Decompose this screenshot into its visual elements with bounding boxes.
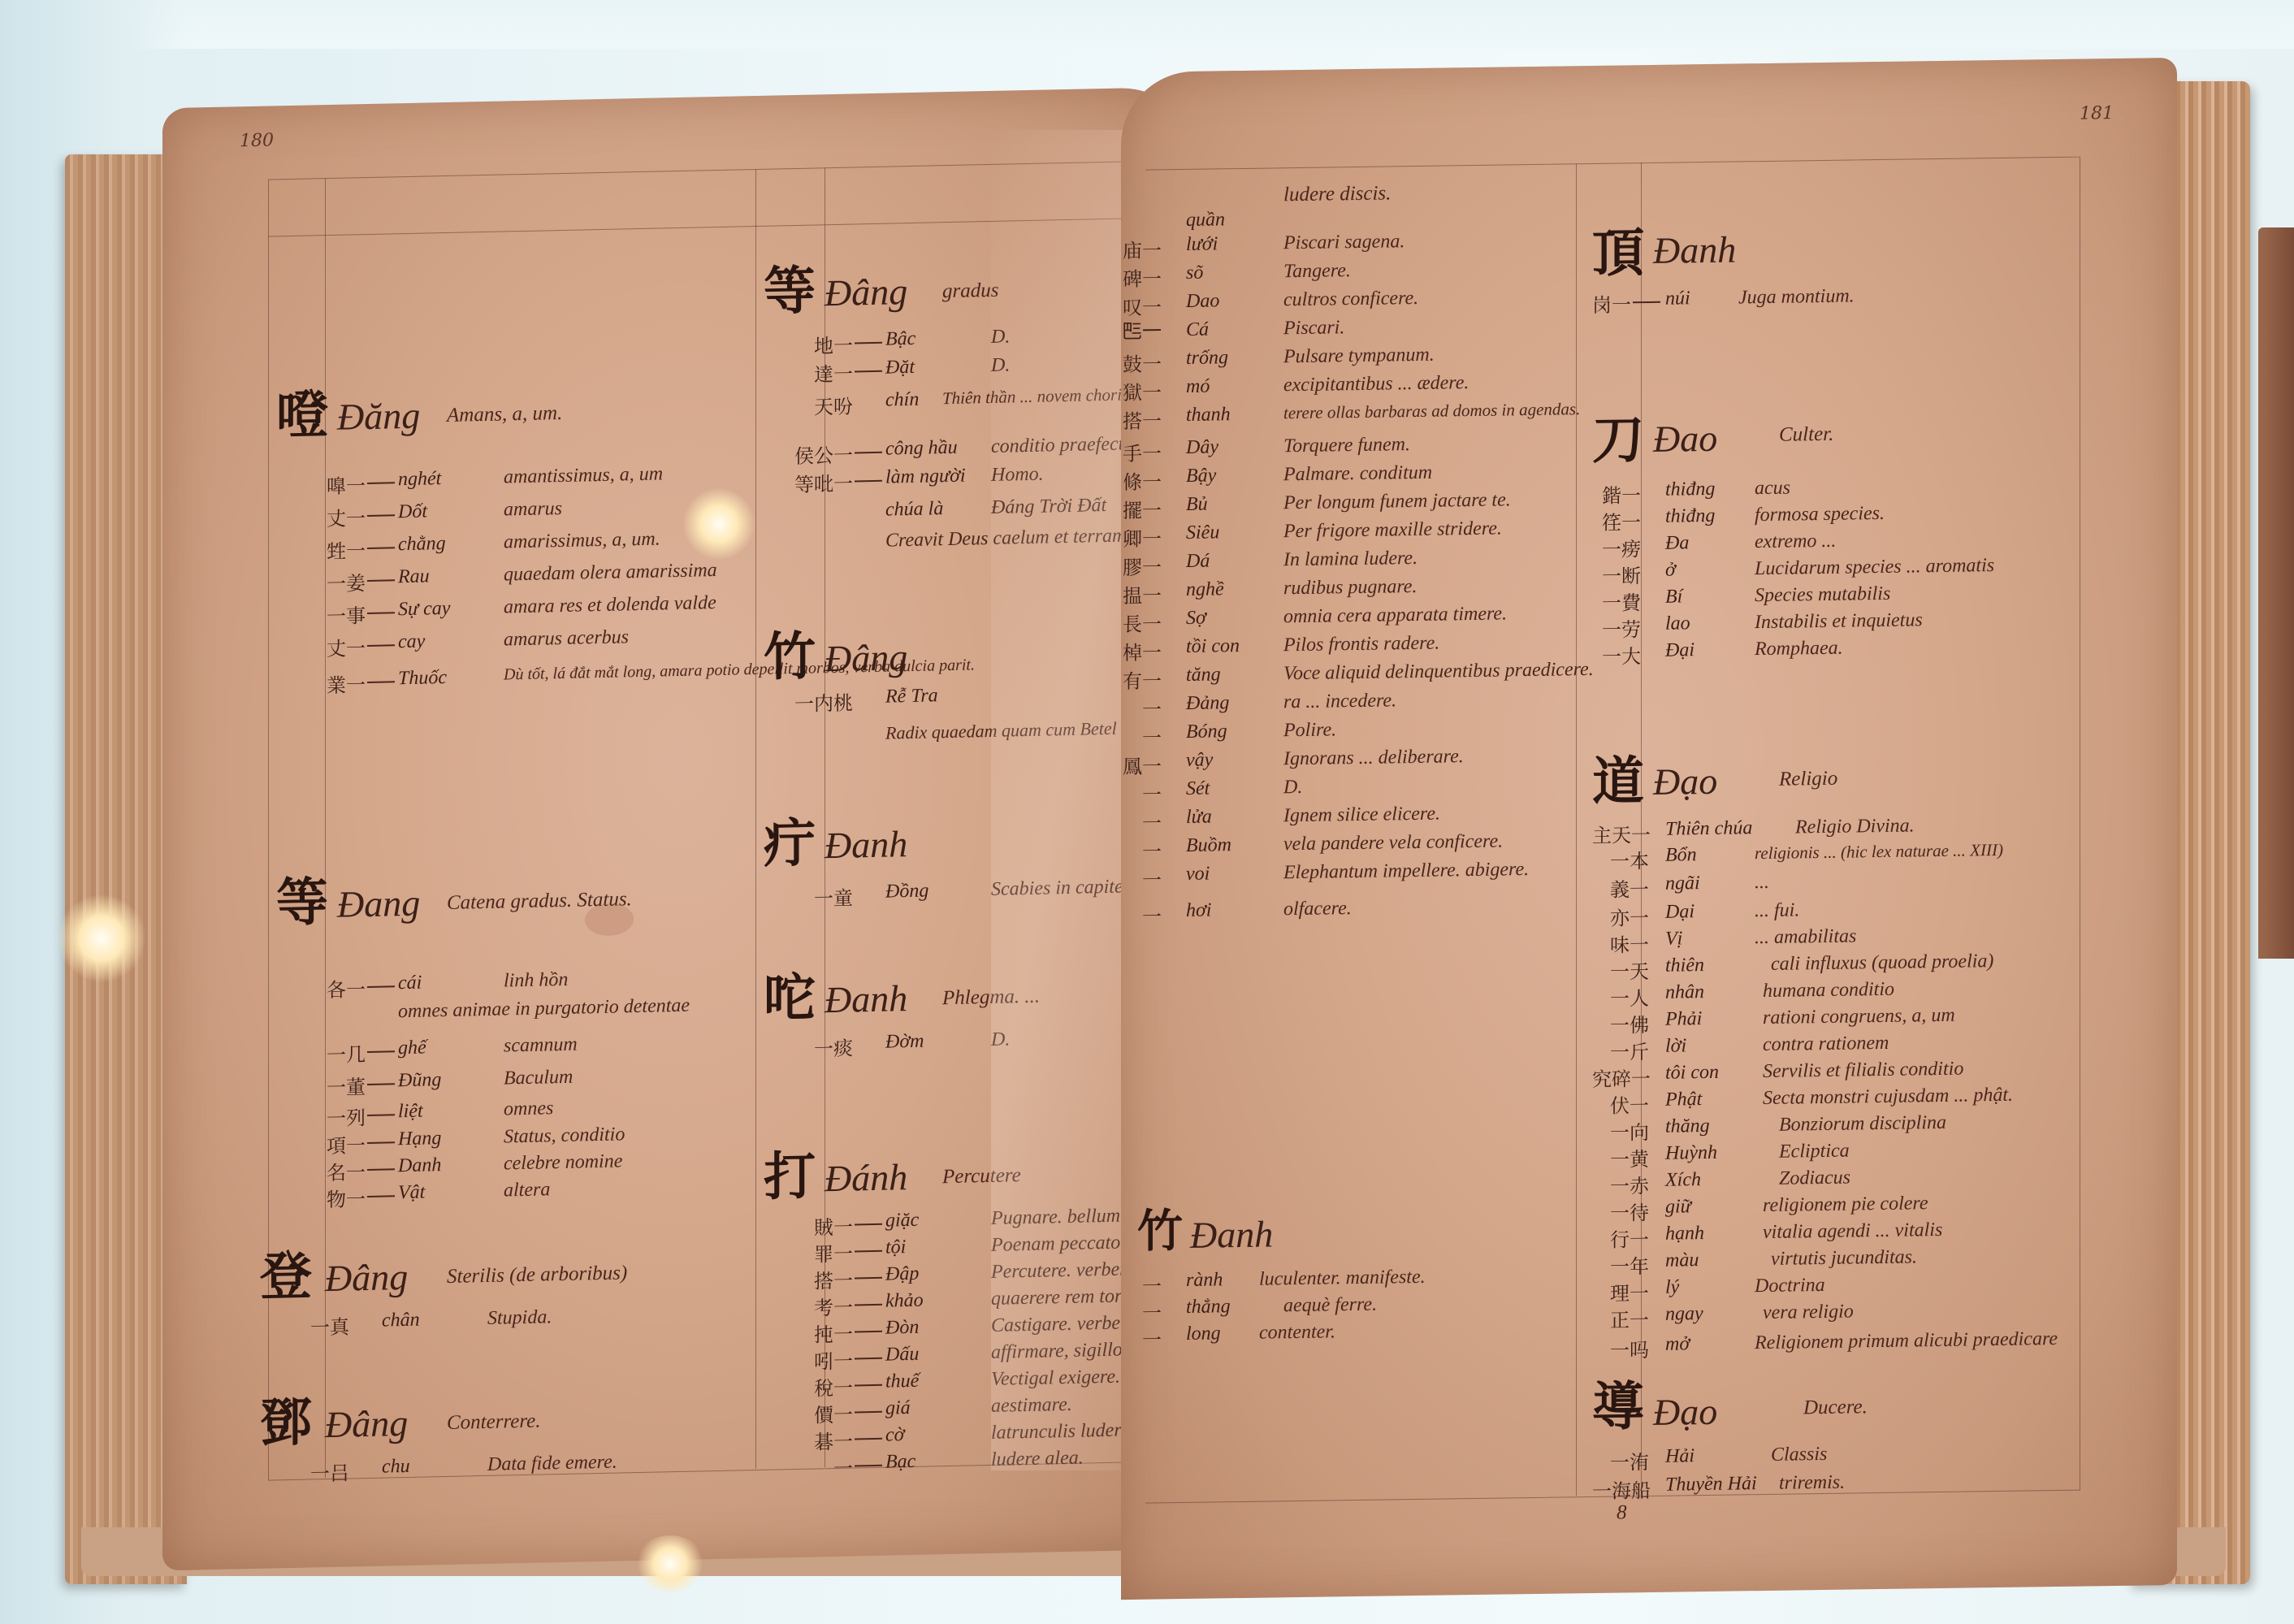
sub-latin: Tangere. (1283, 260, 1351, 283)
sub-cjk: 獄一 (1121, 376, 1162, 405)
page-number: 180 (240, 130, 274, 151)
sub-latin: amarus acerbus (504, 626, 629, 651)
sub-cjk: 價一 (764, 1398, 853, 1428)
sub-viet: tôi con (1665, 1062, 1719, 1085)
headword-character: 刀 (1592, 414, 1644, 467)
sub-cjk: 一列 (276, 1102, 366, 1132)
headword: Đạo (1653, 760, 1717, 803)
sub-viet: chằng (398, 533, 446, 556)
sub-viet: Đòn (885, 1317, 919, 1340)
headword-character: 竹 (764, 630, 816, 683)
sub-viet: Sợ (1186, 608, 1206, 630)
sub-cjk: 擺一 (1121, 494, 1162, 523)
sub-viet: liệt (398, 1101, 423, 1124)
sub-latin: Romphaea. (1755, 638, 1843, 661)
sub-latin: Classis (1771, 1444, 1827, 1466)
sub-cjk: 考一 (764, 1291, 853, 1321)
sub-cjk: 味一 (1592, 929, 1649, 958)
sub-cjk: 條一 (1121, 466, 1162, 495)
sub-cjk: 達一 (764, 357, 853, 388)
headword-character: 竹 (1137, 1209, 1183, 1255)
gloss: Conterrere. (447, 1410, 541, 1435)
headword: Đâng (825, 270, 907, 314)
sub-cjk: 一佛 (1592, 1009, 1649, 1038)
sub-cjk: 岗一 (1592, 288, 1625, 318)
light-glare (682, 487, 755, 561)
sub-cjk: 一 (1121, 721, 1162, 751)
headword-character: 咜 (764, 972, 816, 1024)
sub-viet: Bổn (1665, 844, 1697, 867)
sub-cjk: 手一 (1121, 437, 1162, 466)
headword: Đao (1653, 417, 1717, 461)
sub-latin: vitalia agendi ... vitalis (1763, 1219, 1942, 1244)
sub-cjk: 一人 (1592, 982, 1649, 1011)
sub-viet: Buồm (1186, 834, 1231, 857)
sub-cjk: 一年 (1592, 1250, 1649, 1280)
sub-cjk: 一赤 (1592, 1170, 1649, 1199)
sub-latin: vela pandere vela conficere. (1283, 831, 1503, 856)
sub-cjk: 一 (1121, 1323, 1162, 1353)
light-glare (634, 1535, 707, 1592)
sub-cjk: 一真 (260, 1310, 349, 1340)
sub-cjk: 一 (1121, 1297, 1162, 1326)
sub-latin: Pulsare tympanum. (1283, 344, 1435, 369)
sub-latin: Elephantum impellere. abigere. (1283, 859, 1529, 884)
sub-viet: Đặt (885, 357, 915, 379)
sub-latin: Data fide emere. (487, 1452, 617, 1476)
sub-latin: aequè ferre. (1283, 1294, 1377, 1318)
sub-latin: Religio Divina. (1795, 815, 1915, 838)
sub-cjk: 一大 (1592, 640, 1641, 669)
sub-cjk: 一董 (276, 1071, 366, 1101)
sub-latin: Lucidarum species ... aromatis (1755, 555, 1994, 580)
sub-viet: Huỳnh (1665, 1142, 1717, 1165)
headword: Đâng (325, 1401, 408, 1446)
sub-viet: Thuyền Hải (1665, 1473, 1757, 1496)
sub-latin: amara res et dolenda valde (504, 592, 716, 618)
sub-viet: mó (1186, 376, 1210, 398)
headword: Đâng (825, 635, 907, 680)
sub-latin: formosa species. (1755, 503, 1885, 526)
sub-latin: Voce aliquid delinquentibus praedicere. (1283, 659, 1594, 685)
sub-latin: virtutis jucunditas. (1771, 1246, 1917, 1271)
sub-latin: Zodiacus (1779, 1167, 1850, 1190)
right-page: 181 ludere discis. quần 庙一lướiPiscari sa… (1121, 58, 2177, 1600)
sub-viet: quần (1186, 209, 1225, 232)
sub-viet: Xích (1665, 1169, 1701, 1192)
sub-latin: contenter. (1259, 1321, 1335, 1344)
sub-cjk: 侯公一 (764, 439, 853, 469)
gloss: Ducere. (1803, 1396, 1868, 1419)
sub-viet: chân (382, 1310, 420, 1332)
sub-viet: ghế (398, 1037, 426, 1060)
sub-viet: sõ (1186, 262, 1203, 284)
sub-cjk: 天吩 (764, 390, 853, 420)
adjacent-book-spine (2258, 227, 2294, 959)
sub-latin: ... fui. (1755, 899, 1799, 922)
sub-cjk: 一 (1121, 864, 1162, 893)
sub-viet: cờ (885, 1424, 904, 1446)
sub-viet: Bóng (1186, 721, 1227, 743)
gloss: Amans, a, um. (447, 402, 562, 427)
sub-viet: lửa (1186, 807, 1212, 829)
sub-viet: lý (1665, 1276, 1679, 1298)
sub-cjk: 各一 (276, 973, 366, 1003)
headword: Đăng (337, 394, 420, 439)
sub-cjk: 伏一 (1592, 1089, 1649, 1119)
sub-viet: Dấu (885, 1344, 919, 1366)
sub-latin: Species mutabilis (1755, 583, 1890, 607)
sub-cjk: 一向 (1592, 1116, 1649, 1145)
sub-latin: Pilos frontis radere. (1283, 633, 1439, 657)
sub-cjk: 吲一 (764, 1345, 853, 1375)
sub-latin: contra rationem (1763, 1033, 1889, 1056)
sub-cjk: 一断 (1592, 560, 1641, 589)
headword: Đanh (825, 822, 907, 867)
sub-cjk: 一 (1121, 835, 1162, 864)
sub-viet: núi (1665, 288, 1690, 310)
sub-cjk: 一事 (276, 600, 366, 630)
sub-latin: scamnum (504, 1034, 578, 1058)
sub-cjk: 地一 (764, 329, 853, 359)
sub-latin: vera religio (1763, 1301, 1854, 1324)
headword-character: 疔 (764, 817, 816, 870)
sub-cjk: 一 (1121, 807, 1162, 836)
sub-latin: humana conditio (1763, 979, 1894, 1003)
sub-latin: luculenter. manifeste. (1259, 1267, 1426, 1291)
headword-character: 等 (764, 265, 816, 318)
sub-latin: Servilis et filialis conditio (1763, 1059, 1963, 1083)
headword-character: 鄧 (260, 1397, 312, 1449)
sub-latin: olfacere. (1283, 898, 1352, 920)
sub-latin: acus (1755, 478, 1790, 500)
sub-viet: Hải (1665, 1445, 1695, 1468)
sub-cjk: 正一 (1592, 1304, 1649, 1333)
sub-viet: Thiên chúa (1665, 817, 1752, 840)
sub-viet: Bí (1665, 586, 1682, 608)
sub-cjk: 䇮一 (1592, 506, 1641, 535)
sub-latin: Ignorans ... deliberare. (1283, 746, 1464, 770)
sub-viet: Rễ Tra (885, 685, 938, 708)
headword: Đạo (1653, 1390, 1717, 1434)
sub-latin: Doctrina (1755, 1275, 1825, 1297)
sub-viet: nghét (398, 468, 441, 491)
sub-viet: khảo (885, 1290, 924, 1313)
sub-cjk: 鼓一 (1121, 348, 1162, 377)
sub-viet: thăng (1665, 1115, 1710, 1138)
sub-latin: rationi congruens, a, um (1763, 1005, 1955, 1029)
sub-latin: Baculum (504, 1067, 573, 1090)
sub-latin: cali influxus (quoad proelia) (1771, 951, 1993, 976)
sub-latin: Bonziorum disciplina (1779, 1112, 1946, 1137)
sub-viet: tồi con (1186, 635, 1240, 658)
sub-cjk: 稅一 (764, 1371, 853, 1401)
sub-latin: Torquere funem. (1283, 434, 1410, 457)
sub-viet: Rau (398, 565, 430, 588)
sub-viet: Sự cay (398, 598, 450, 621)
sub-cjk: 主天一 (1592, 819, 1649, 848)
sub-cjk: 一 (1121, 1270, 1162, 1299)
sub-latin: religionem pie colere (1763, 1193, 1928, 1217)
sub-cjk: 一 (764, 1452, 853, 1482)
headword: Đang (337, 881, 420, 926)
sub-viet: thẳng (1186, 1296, 1231, 1319)
sub-viet: Bủ (1186, 494, 1208, 516)
sub-latin: ra ... incedere. (1283, 690, 1396, 713)
headword: Đâng (325, 1255, 408, 1300)
sub-cjk: 一痰 (764, 1032, 853, 1062)
sub-viet: Đồng (885, 881, 928, 903)
sub-cjk: 一 (1121, 778, 1162, 808)
headword: Đánh (825, 1155, 907, 1200)
headword: Đanh (1190, 1212, 1273, 1256)
sub-cjk: 𠀧一 (1121, 319, 1162, 343)
sub-cjk: 庙一 (1121, 234, 1162, 263)
sub-cjk: 甡一 (276, 535, 366, 565)
sub-cjk: 義一 (1592, 873, 1649, 903)
sub-cjk: 一待 (1592, 1197, 1649, 1226)
sub-latin: omnes (504, 1098, 553, 1120)
sub-latin: excipitantibus ... ædere. (1283, 372, 1469, 396)
sub-cjk: 一斤 (1592, 1036, 1649, 1065)
sub-latin: Per longum funem jactare te. (1283, 489, 1511, 514)
sub-cjk: 一海船 (1592, 1475, 1649, 1504)
headword-character: 頂 (1592, 227, 1644, 280)
sub-viet: rành (1186, 1269, 1223, 1292)
sub-viet: Phải (1665, 1008, 1702, 1031)
sub-cjk: 一吕 (260, 1457, 349, 1487)
sub-viet: Đa (1665, 532, 1689, 554)
sub-viet: trống (1186, 347, 1228, 370)
sub-viet: Dốt (398, 500, 427, 523)
gloss: Religio (1779, 768, 1837, 791)
sub-latin: omnia cera apparata timere. (1283, 603, 1507, 628)
sub-viet: lao (1665, 613, 1690, 634)
sub-viet: Danh (398, 1154, 441, 1177)
sub-cjk: 究碎一 (1592, 1063, 1649, 1092)
sub-cjk: 丈一 (276, 502, 366, 532)
sub-viet: Bậc (885, 328, 915, 351)
gloss: Sterilis (de arboribus) (447, 1262, 627, 1288)
sub-viet: Đờm (885, 1031, 924, 1054)
sub-cjk: 一内桃 (764, 686, 853, 717)
sub-latin: ... amabilitas (1755, 925, 1856, 949)
sub-viet: Dây (1186, 436, 1218, 459)
sub-cjk: 一 (1121, 693, 1162, 722)
sub-viet: long (1186, 1323, 1221, 1345)
sub-viet: tội (885, 1236, 906, 1259)
sub-latin: Piscari. (1283, 317, 1344, 340)
sub-cjk: 一童 (764, 881, 853, 912)
sub-cjk: 亦一 (1592, 902, 1649, 931)
sub-latin: extremo ... (1755, 531, 1836, 553)
footer-mark: 8 (1617, 1501, 1627, 1524)
sub-cjk: 嘷一 (276, 470, 366, 500)
sub-viet: mở (1665, 1333, 1690, 1355)
sub-cjk: 搭一 (1121, 405, 1162, 434)
sub-latin: linh hồn (504, 969, 568, 993)
sub-viet: thuế (885, 1371, 919, 1393)
sub-viet: thiđng (1665, 479, 1715, 501)
sub-viet: giá (885, 1397, 911, 1420)
sub-latin: religionis ... (hic lex naturae ... XIII… (1755, 840, 2003, 864)
sub-cjk: 一本 (1592, 845, 1649, 874)
sub-cjk: 一吗 (1592, 1334, 1649, 1363)
sub-viet: ngay (1665, 1303, 1703, 1326)
sub-cjk: 一黄 (1592, 1143, 1649, 1172)
sub-viet: Thuốc (398, 667, 447, 690)
sub-viet: ở (1665, 560, 1676, 582)
headword-character: 道 (1592, 756, 1644, 808)
sub-viet: Đảng (1186, 692, 1229, 715)
sub-cjk: 膠一 (1121, 551, 1162, 580)
sub-cjk: 一姜 (276, 567, 366, 597)
page-number: 181 (2080, 103, 2114, 124)
sub-cjk: 鍇一 (1592, 479, 1641, 509)
sub-viet: chín (885, 389, 919, 412)
sub-latin: celebre nomine (504, 1150, 622, 1175)
sub-cjk: 有一 (1121, 665, 1162, 694)
sub-cjk: 一几 (276, 1038, 366, 1068)
rule-line (755, 169, 756, 1469)
sub-latin: Polire. (1283, 719, 1336, 742)
sub-cjk: 賊一 (764, 1210, 853, 1241)
sub-latin: Palmare. conditum (1283, 462, 1432, 487)
sub-cjk: 一天 (1592, 955, 1649, 985)
sub-viet: thiên (1665, 955, 1704, 977)
sub-viet: thanh (1186, 404, 1231, 427)
sub-viet: Đập (885, 1263, 919, 1286)
sub-cjk: 棹一 (1121, 636, 1162, 665)
sub-cjk: 等吡一 (764, 467, 853, 497)
sub-viet: nhân (1665, 981, 1704, 1004)
sub-viet: làm người (885, 466, 966, 489)
sub-viet: Dại (1665, 901, 1695, 924)
sub-viet: voi (1186, 864, 1210, 886)
sub-cjk: 一費 (1592, 587, 1641, 616)
sub-latin: rudibus pugnare. (1283, 576, 1417, 600)
sub-viet: thiđng (1665, 505, 1715, 528)
sub-cjk: 碁一 (764, 1425, 853, 1455)
headword-character: 等 (276, 877, 328, 929)
sub-viet: ngãi (1665, 873, 1700, 895)
sub-cjk: 名一 (276, 1156, 366, 1186)
sub-latin: amarus (504, 498, 562, 522)
sub-viet: công hầu (885, 437, 958, 461)
sub-viet: lưới (1186, 233, 1218, 256)
sub-latin: amantissimus, a, um (504, 463, 663, 488)
sub-viet: Đũng (398, 1069, 441, 1092)
sub-cjk: 丈一 (276, 632, 366, 662)
sub-cjk: 行一 (1592, 1223, 1649, 1253)
headword-character: 噔 (276, 389, 328, 442)
sub-cjk: 一劳 (1592, 613, 1641, 643)
sub-cjk: 卿一 (1121, 522, 1162, 552)
sub-viet: giặc (885, 1210, 919, 1232)
light-glare (57, 894, 146, 983)
gloss: Culter. (1779, 423, 1833, 447)
sub-cjk: 一 (1121, 900, 1162, 929)
sub-latin: amarissimus, a, um. (504, 528, 660, 553)
sub-viet: Đại (1665, 639, 1695, 662)
sub-cjk: 一痨 (1592, 533, 1641, 562)
sub-viet: Vị (1665, 928, 1682, 950)
sub-cjk: 扽一 (764, 1318, 853, 1348)
sub-viet: cái (398, 972, 422, 995)
headword: Đanh (1653, 228, 1736, 272)
sub-cjk: 罪一 (764, 1237, 853, 1267)
sub-cjk: 長一 (1121, 608, 1162, 637)
headword: Đanh (825, 977, 907, 1021)
sub-cjk: 搭一 (764, 1264, 853, 1294)
gloss: ludere discis. (1283, 182, 1391, 206)
sub-latin: ... (1755, 872, 1769, 894)
sub-latin: quaedam olera amarissima (504, 560, 717, 587)
sub-latin: Religionem primum alicubi praedicare (1755, 1328, 2058, 1354)
sub-viet: hơi (1186, 900, 1211, 922)
sub-latin: Stupida. (487, 1306, 552, 1330)
sub-latin: Per frigore maxille stridere. (1283, 518, 1502, 543)
headword-character: 打 (764, 1150, 816, 1203)
sub-viet: Dá (1186, 551, 1210, 573)
sub-cjk: 業一 (276, 669, 366, 699)
sub-viet: Siêu (1186, 522, 1219, 544)
sub-latin: triremis. (1779, 1472, 1845, 1495)
headword-character: 登 (260, 1250, 312, 1303)
headword-character: 導 (1592, 1381, 1644, 1434)
sub-viet: Hạng (398, 1128, 441, 1150)
sub-viet: Sét (1186, 778, 1210, 800)
sub-latin: Status, conditio (504, 1124, 625, 1148)
sub-cjk: 鳳一 (1121, 750, 1162, 779)
sub-viet: Phật (1665, 1089, 1702, 1111)
sub-latin: D. (1283, 777, 1302, 799)
sub-latin: Ecliptica (1779, 1141, 1850, 1163)
sub-viet: vậy (1186, 749, 1213, 771)
sub-cjk: 理一 (1592, 1277, 1649, 1306)
sub-latin: Juga montium. (1738, 285, 1855, 309)
sub-viet: Vật (398, 1182, 425, 1205)
sub-viet: hạnh (1665, 1223, 1704, 1245)
sub-viet: chu (382, 1456, 410, 1479)
sub-latin: altera (504, 1179, 550, 1202)
sub-cjk: 碑一 (1121, 262, 1162, 292)
sub-cjk: 叹一 (1121, 291, 1162, 320)
sub-cjk: 項一 (276, 1129, 366, 1159)
sub-viet: màu (1665, 1249, 1699, 1272)
sub-viet: chúa là (885, 498, 943, 521)
sub-latin: In lamina ludere. (1283, 548, 1418, 571)
sub-viet: Cá (1186, 319, 1209, 341)
open-manuscript-book: 180 噔 Đăng Amans, a, um. 嘷一nghétamantiss… (65, 32, 2250, 1576)
sub-latin: terere ollas barbaras ad domos in agenda… (1283, 399, 1580, 423)
sub-latin: Secta monstri cujusdam ... phật. (1763, 1085, 2013, 1110)
sub-viet: tăng (1186, 664, 1221, 686)
sub-viet: Bạc (885, 1451, 915, 1474)
sub-cjk: 揾一 (1121, 579, 1162, 608)
sub-viet: Dao (1186, 290, 1219, 313)
sub-viet: giữ (1665, 1196, 1691, 1218)
rule-line (1576, 163, 1577, 1496)
sub-viet: lời (1665, 1035, 1686, 1057)
sub-latin: Ignem silice elicere. (1283, 803, 1440, 828)
sub-viet: nghề (1186, 578, 1224, 601)
sub-cjk: 物一 (276, 1183, 366, 1213)
sub-cjk: 一洧 (1592, 1446, 1649, 1475)
sub-viet: Bậy (1186, 465, 1216, 487)
sub-latin: Instabilis et inquietus (1755, 609, 1923, 634)
sub-viet: cay (398, 631, 425, 654)
